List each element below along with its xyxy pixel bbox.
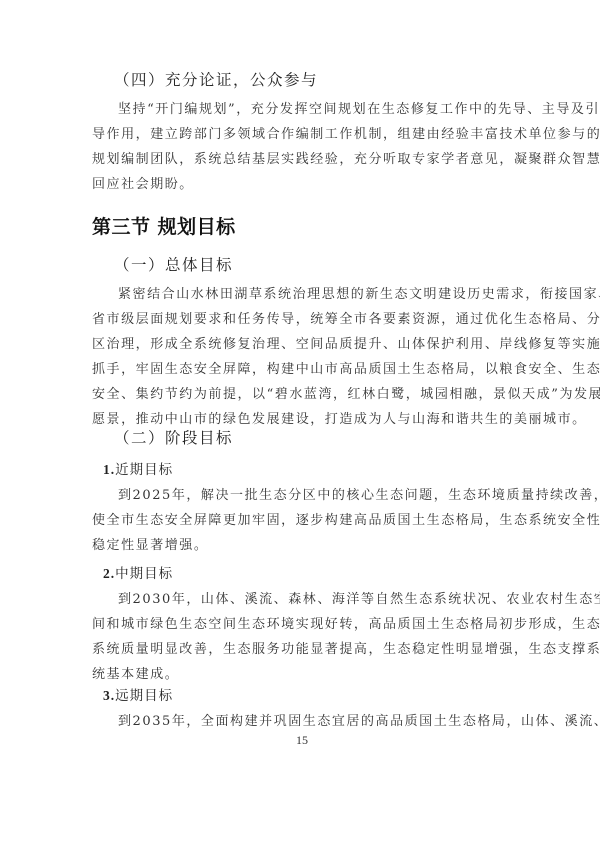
paragraph-line: 统基本建成。 xyxy=(92,663,506,682)
section-heading-overall-goal: （一）总体目标 xyxy=(114,253,233,275)
paragraph-line: 使全市生态安全屏障更加牢固，逐步构建高品质国土生态格局，生态系统安全性 xyxy=(92,509,506,528)
paragraph-line: 坚持“开门编规划”，充分发挥空间规划在生态修复工作中的先导、主导及引 xyxy=(118,98,532,117)
section-heading-stage-goals: （二）阶段目标 xyxy=(114,426,233,448)
paragraph-line: 系统质量明显改善，生态服务功能显著提高，生态稳定性明显增强，生态支撑系 xyxy=(92,638,506,657)
paragraph-line: 抓手，牢固生态安全屏障，构建中山市高品质国土生态格局，以粮食安全、生态 xyxy=(92,358,506,377)
paragraph-line: 紧密结合山水林田湖草系统治理思想的新生态文明建设历史需求，衔接国家、 xyxy=(118,283,532,302)
paragraph-line: 回应社会期盼。 xyxy=(92,173,506,192)
paragraph-line: 愿景，推动中山市的绿色发展建设，打造成为人与山海和谐共生的美丽城市。 xyxy=(92,408,506,427)
paragraph-line: 规划编制团队，系统总结基层实践经验，充分听取专家学者意见，凝聚群众智慧， xyxy=(92,148,506,167)
paragraph-line: 到2030年，山体、溪流、森林、海洋等自然生态系统状况、农业农村生态空 xyxy=(118,588,532,607)
paragraph-line: 导作用，建立跨部门多领域合作编制工作机制，组建由经验丰富技术单位参与的 xyxy=(92,123,506,142)
paragraph-line: 稳定性显著增强。 xyxy=(92,534,506,553)
paragraph-line: 间和城市绿色生态空间生态环境实现好转，高品质国土生态格局初步形成，生态 xyxy=(92,613,506,632)
paragraph-line: 安全、集约节约为前提，以“碧水蓝湾，红林白鹭，城园相融，景似天成”为发展 xyxy=(92,383,506,402)
subheading-mid-term: 2.中期目标 xyxy=(103,562,173,582)
paragraph-line: 区治理，形成全系统修复治理、空间品质提升、山体保护利用、岸线修复等实施 xyxy=(92,333,506,352)
page-number: 15 xyxy=(296,733,308,748)
paragraph-line: 到2035年，全面构建并巩固生态宜居的高品质国土生态格局，山体、溪流、 xyxy=(118,710,532,729)
subheading-near-term: 1.近期目标 xyxy=(103,458,173,478)
section-heading-public-participation: （四）充分论证，公众参与 xyxy=(114,68,318,90)
paragraph-line: 省市级层面规划要求和任务传导，统筹全市各要素资源，通过优化生态格局、分 xyxy=(92,308,506,327)
subheading-long-term: 3.远期目标 xyxy=(103,684,173,704)
paragraph-line: 到2025年，解决一批生态分区中的核心生态问题，生态环境质量持续改善， xyxy=(118,484,532,503)
chapter-heading: 第三节 规划目标 xyxy=(92,212,236,239)
